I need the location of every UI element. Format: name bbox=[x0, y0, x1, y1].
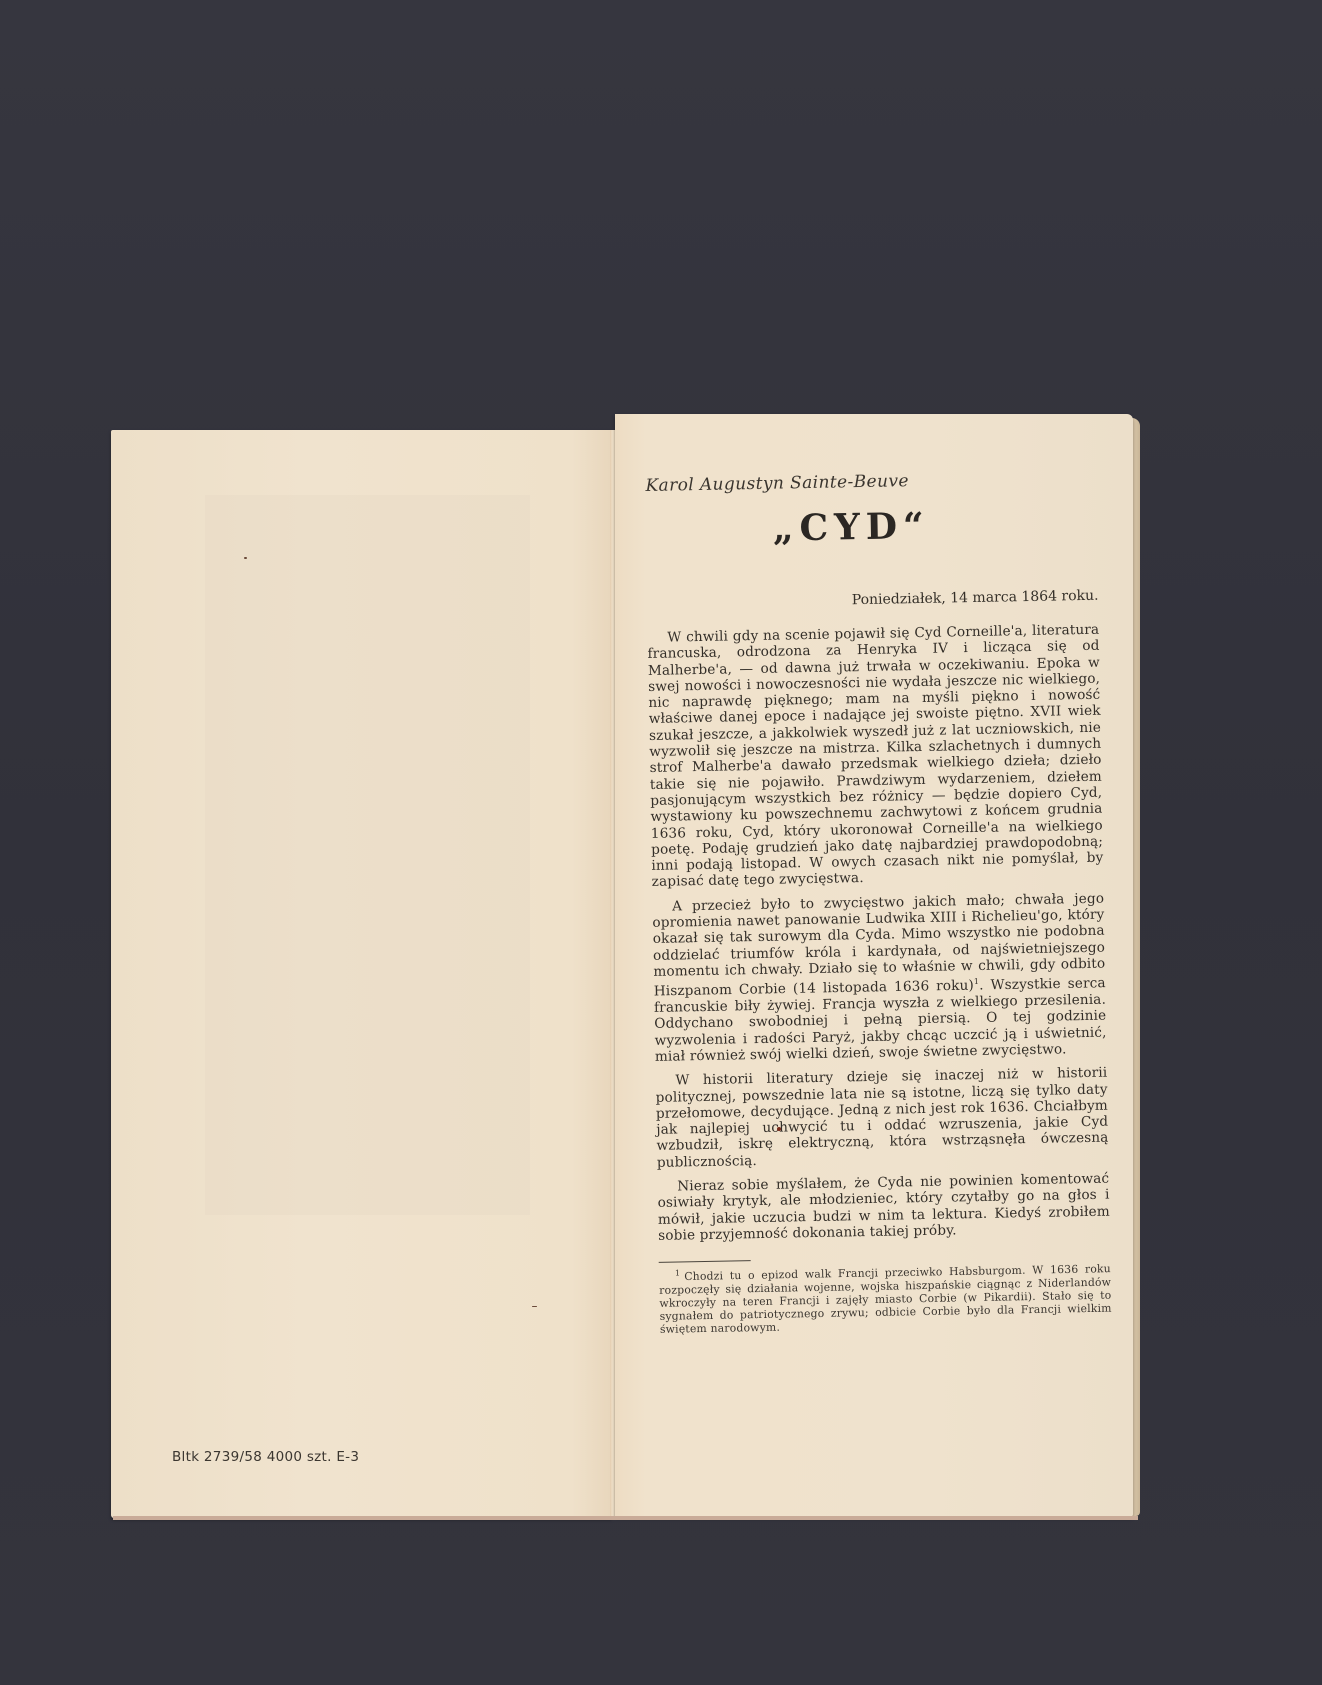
article-date: Poniedziałek, 14 marca 1864 roku. bbox=[646, 588, 1098, 612]
paragraph-3: W historii literatury dzieje się inaczej… bbox=[655, 1065, 1109, 1171]
article-body: W chwili gdy na scenie pojawił się Cyd C… bbox=[647, 622, 1110, 1244]
paragraph-4: Nieraz sobie myślałem, że Cyda nie powin… bbox=[657, 1171, 1110, 1244]
footnote-divider bbox=[659, 1260, 751, 1263]
author-name: Karol Augustyn Sainte-Beuve bbox=[645, 468, 1096, 496]
footnote-marker: 1 bbox=[675, 1269, 680, 1278]
show-through-block bbox=[205, 495, 530, 1215]
footnote-text: Chodzi tu o epizod walk Francji przeciwk… bbox=[659, 1262, 1112, 1335]
paragraph-2: A przecież było to zwycięstwo jakich mał… bbox=[652, 890, 1107, 1065]
bottom-page-edge bbox=[113, 1516, 1138, 1520]
article-title: „CYD“ bbox=[605, 502, 1098, 553]
paragraph-1: W chwili gdy na scenie pojawił się Cyd C… bbox=[647, 622, 1104, 891]
paper-speck bbox=[244, 557, 247, 559]
printer-imprint: Bltk 2739/58 4000 szt. E-3 bbox=[172, 1449, 359, 1465]
footnote: 1Chodzi tu o epizod walk Francji przeciw… bbox=[659, 1259, 1112, 1336]
article: Karol Augustyn Sainte-Beuve „CYD“ Ponied… bbox=[644, 452, 1112, 1336]
paper-speck bbox=[532, 1306, 537, 1307]
ink-speck bbox=[777, 1127, 781, 1131]
